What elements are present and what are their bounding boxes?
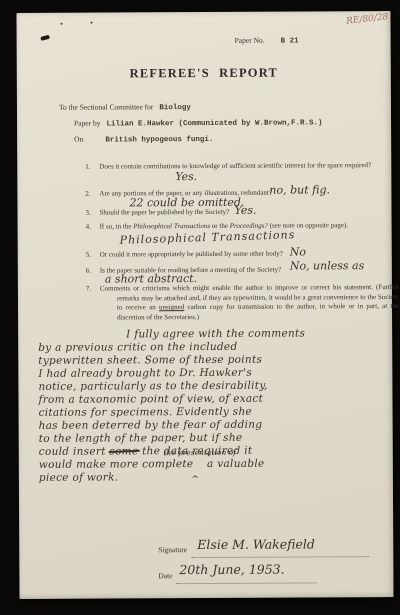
signature-value: Elsie M. Wakefield (197, 536, 315, 552)
committee-line: To the Sectional Committee forBiology (59, 102, 191, 114)
comment-text: would make more complete (39, 458, 194, 471)
question-4: 4. If so, in the Philosophical Transacti… (80, 221, 386, 232)
referee-report-page: RE/80/28 Paper No. B 21 REFEREE'S REPORT… (16, 11, 393, 599)
caret-mark: ^ (191, 474, 199, 487)
paper-number-label: Paper No. (235, 36, 265, 46)
question-4-text-b: or the (210, 222, 230, 230)
question-4-number: 4. (86, 223, 91, 233)
question-6-answer: No, unless as (290, 259, 365, 272)
committee-label: To the Sectional Committee for (59, 102, 153, 111)
date-label: Date (158, 571, 172, 580)
paper-blemish-dot (91, 22, 93, 24)
comment-text: could insert (39, 446, 110, 458)
reference-number-annotation: RE/80/28 (314, 12, 389, 30)
question-7: 7. Comments or criticisms which might en… (80, 283, 386, 323)
page-title: REFEREE'S REPORT (17, 65, 391, 82)
question-6-number: 6. (86, 267, 91, 277)
paper-number-row: Paper No. B 21 (235, 36, 299, 46)
question-7-underlined-word: unsigned (159, 303, 184, 311)
paper-by-value: Lilian E.Hawker (Communicated by W.Brown… (106, 119, 322, 128)
question-1-text: Does it contain contributions to knowled… (99, 161, 388, 172)
question-3: 3. Should the paper be published by the … (79, 207, 385, 218)
question-4-journal-1: Philosophical Transactions (133, 222, 210, 230)
question-3-number: 3. (85, 209, 90, 219)
paper-blemish-dot (61, 23, 63, 25)
question-4-text-a: If so, in the (100, 222, 134, 230)
paper-by-label: Paper by (74, 119, 100, 128)
inserted-text: the presentation of (163, 446, 236, 459)
question-3-answer: Yes. (234, 204, 256, 217)
paper-subject-line: OnBritish hypogeous fungi. (74, 134, 213, 146)
question-1-number: 1. (85, 163, 90, 173)
question-2-answer: no, but fig. (269, 183, 330, 196)
question-5-number: 5. (86, 251, 91, 261)
question-2: 2. Are any portions of the paper, or any… (79, 188, 385, 199)
paper-by-line: Paper byLilian E.Hawker (Communicated by… (74, 117, 323, 130)
question-2-number: 2. (85, 190, 90, 200)
committee-value: Biology (159, 104, 191, 112)
question-7-text: Comments or criticisms which might enabl… (100, 283, 399, 323)
question-6: 6. Is the paper suitable for reading bef… (80, 265, 386, 276)
on-label: On (74, 135, 83, 144)
paper-number-value: B 21 (281, 38, 299, 46)
struck-out-word: some (109, 445, 138, 457)
question-5-answer: No (290, 245, 306, 258)
staple-mark (40, 35, 50, 41)
question-1: 1. Does it contain contributions to know… (79, 161, 385, 172)
date-value: 20th June, 1953. (179, 562, 284, 578)
question-7-number: 7. (86, 285, 91, 295)
question-1-answer: Yes. (175, 170, 197, 183)
comment-line: piece of work. (39, 470, 385, 485)
comment-text: a valuable (203, 458, 264, 470)
handwritten-comments: I fully agree with the comments by a pre… (38, 327, 385, 485)
paper-subject-value: British hypogeous fungi. (105, 136, 213, 145)
signature-label: Signature (158, 545, 187, 554)
